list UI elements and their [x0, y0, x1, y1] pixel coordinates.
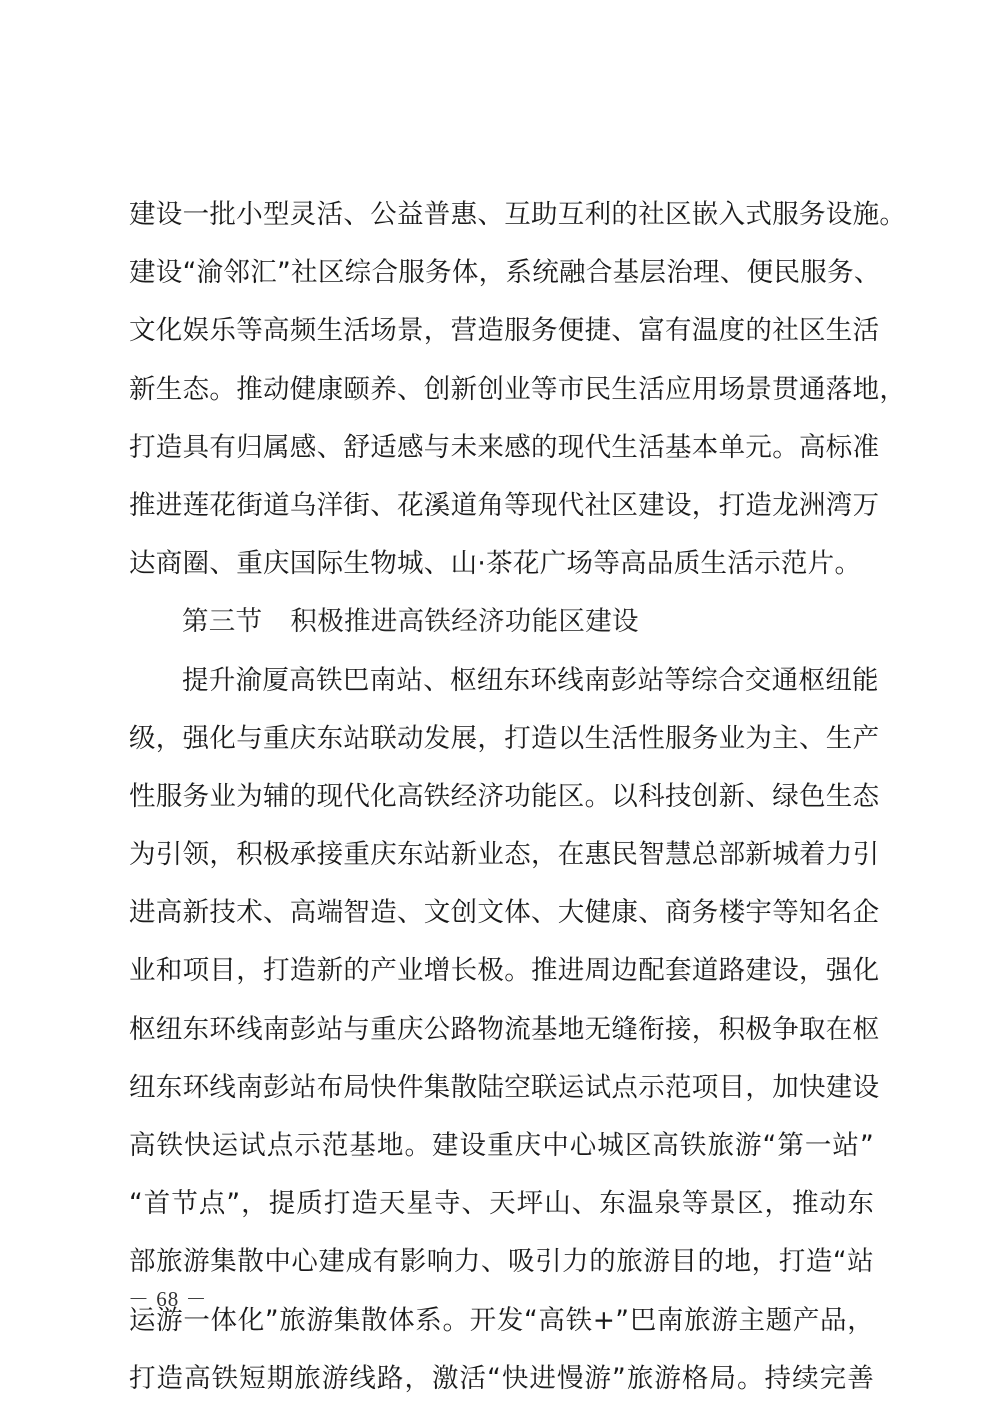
text-line: 性服务业为辅的现代化高铁经济功能区。以科技创新、绿色生态: [129, 768, 874, 826]
text-line: 高铁快运试点示范基地。建设重庆中心城区高铁旅游“第一站”: [129, 1117, 874, 1175]
text-line: 建设一批小型灵活、公益普惠、互助互利的社区嵌入式服务设施。: [129, 186, 874, 244]
page-number: － 68 －: [128, 1283, 208, 1313]
text-line: 纽东环线南彭站布局快件集散陆空联运试点示范项目，加快建设: [129, 1059, 874, 1117]
text-line: 新生态。推动健康颐养、创新创业等市民生活应用场景贯通落地，: [129, 361, 874, 419]
text-line: 文化娱乐等高频生活场景，营造服务便捷、富有温度的社区生活: [129, 302, 874, 360]
section-heading: 第三节积极推进高铁经济功能区建设: [129, 593, 874, 651]
document-page: 建设一批小型灵活、公益普惠、互助互利的社区嵌入式服务设施。 建设“渝邻汇”社区综…: [0, 0, 1000, 1414]
text-line: 打造高铁短期旅游线路，激活“快进慢游”旅游格局。持续完善: [129, 1350, 874, 1408]
text-line: 打造具有归属感、舒适感与未来感的现代生活基本单元。高标准: [129, 419, 874, 477]
text-line: 达商圈、重庆国际生物城、山·茶花广场等高品质生活示范片。: [129, 535, 874, 593]
text-line: 部旅游集散中心建成有影响力、吸引力的旅游目的地，打造“站: [129, 1233, 874, 1291]
paragraph-high-speed-rail: 提升渝厦高铁巴南站、枢纽东环线南彭站等综合交通枢纽能 级，强化与重庆东站联动发展…: [129, 652, 874, 1408]
text-line: 提升渝厦高铁巴南站、枢纽东环线南彭站等综合交通枢纽能: [129, 652, 874, 710]
paragraph-community-services: 建设一批小型灵活、公益普惠、互助互利的社区嵌入式服务设施。 建设“渝邻汇”社区综…: [129, 186, 874, 593]
text-line: 进高新技术、高端智造、文创文体、大健康、商务楼宇等知名企: [129, 884, 874, 942]
text-line: 级，强化与重庆东站联动发展，打造以生活性服务业为主、生产: [129, 710, 874, 768]
text-line: 为引领，积极承接重庆东站新业态，在惠民智慧总部新城着力引: [129, 826, 874, 884]
text-line: 枢纽东环线南彭站与重庆公路物流基地无缝衔接，积极争取在枢: [129, 1001, 874, 1059]
text-line: 建设“渝邻汇”社区综合服务体，系统融合基层治理、便民服务、: [129, 244, 874, 302]
text-line: 业和项目，打造新的产业增长极。推进周边配套道路建设，强化: [129, 942, 874, 1000]
section-title: 积极推进高铁经济功能区建设: [290, 606, 638, 637]
text-line: “首节点”，提质打造天星寺、天坪山、东温泉等景区，推动东: [129, 1175, 874, 1233]
text-line: 推进莲花街道乌洋街、花溪道角等现代社区建设，打造龙洲湾万: [129, 477, 874, 535]
text-line: 运游一体化”旅游集散体系。开发“高铁+”巴南旅游主题产品，: [129, 1292, 874, 1350]
document-body: 建设一批小型灵活、公益普惠、互助互利的社区嵌入式服务设施。 建设“渝邻汇”社区综…: [129, 186, 874, 1408]
section-number: 第三节: [182, 606, 262, 637]
